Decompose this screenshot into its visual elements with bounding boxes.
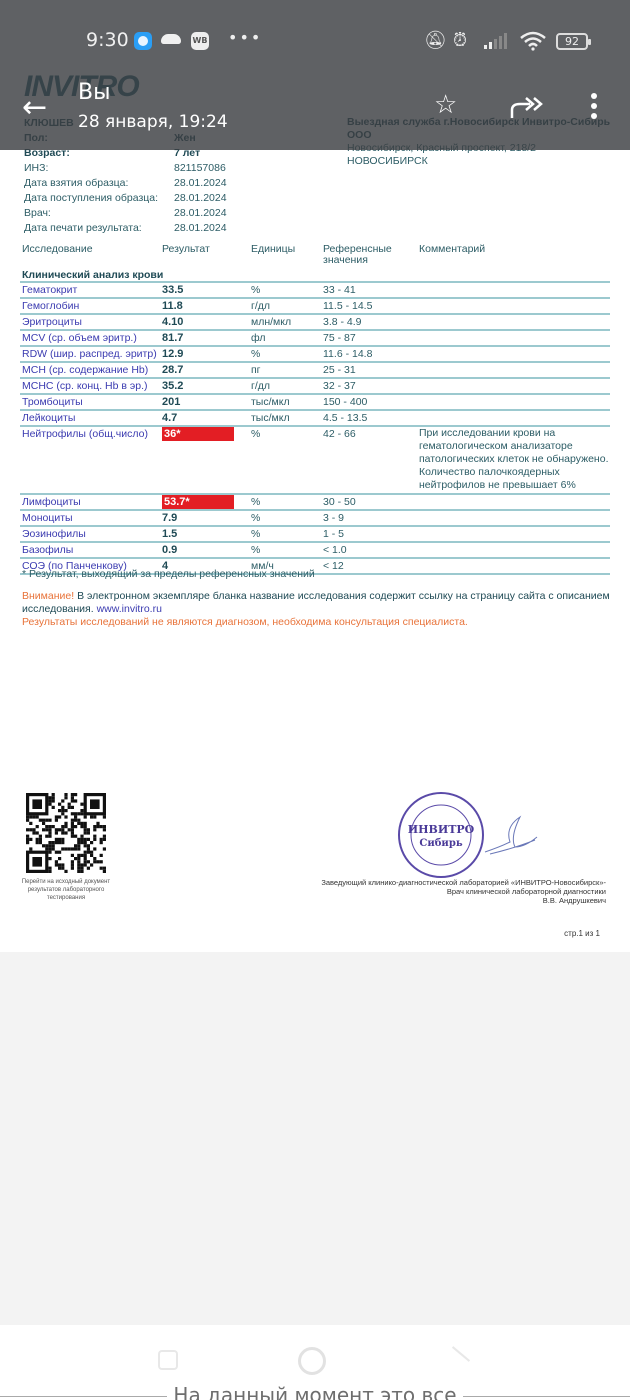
reference-cell: 150 - 400 <box>323 395 419 409</box>
end-of-messages: На данный момент это все <box>0 1383 630 1400</box>
qr-code[interactable] <box>26 793 106 873</box>
result-cell: 0.9 <box>162 543 251 557</box>
test-name-link[interactable]: MCH (ср. содержание Hb) <box>20 363 162 377</box>
sender-name: Вы <box>78 80 110 105</box>
home-button[interactable] <box>298 1347 326 1375</box>
wb-icon: WB <box>191 32 209 50</box>
test-name-link[interactable]: Лейкоциты <box>20 411 162 425</box>
app-notification-icon <box>134 32 152 50</box>
unit-cell: % <box>251 347 323 361</box>
footnote: * Результат, выходящий за пределы рефере… <box>22 568 315 580</box>
patient-field-row: Дата поступления образца:28.01.2024 <box>24 191 227 206</box>
table-row: MCH (ср. содержание Hb) 28.7 пг 25 - 31 <box>20 363 610 379</box>
unit-cell: млн/мкл <box>251 315 323 329</box>
header-test: Исследование <box>20 244 162 268</box>
header-units: Единицы <box>251 244 323 268</box>
patient-field-row: Дата печати результата:28.01.2024 <box>24 221 227 236</box>
table-row: Гематокрит 33.5 % 33 - 41 <box>20 283 610 299</box>
clock: 9:30 <box>86 29 129 51</box>
comment-cell <box>419 283 610 297</box>
recents-button[interactable] <box>158 1350 178 1370</box>
comment-cell <box>419 411 610 425</box>
test-name-link[interactable]: MCV (ср. объем эритр.) <box>20 331 162 345</box>
result-value: 28.7 <box>162 364 183 376</box>
svg-text:Сибирь: Сибирь <box>419 838 462 849</box>
table-row: Лейкоциты 4.7 тыс/мкл 4.5 - 13.5 <box>20 411 610 427</box>
result-cell: 33.5 <box>162 283 251 297</box>
patient-field-label: Дата печати результата: <box>24 221 174 236</box>
result-cell: 28.7 <box>162 363 251 377</box>
signature-icon <box>480 812 540 862</box>
table-row: Гемоглобин 11.8 г/дл 11.5 - 14.5 <box>20 299 610 315</box>
table-row: RDW (шир. распред. эритр) 12.9 % 11.6 - … <box>20 347 610 363</box>
unit-cell: тыс/мкл <box>251 411 323 425</box>
unit-cell: г/дл <box>251 379 323 393</box>
comment-cell <box>419 347 610 361</box>
signature-line-3: В.В. Андрушкевич <box>321 896 606 905</box>
test-name-link[interactable]: Гемоглобин <box>20 299 162 313</box>
result-value-flagged: 53.7* <box>162 495 234 509</box>
table-row: Моноциты 7.9 % 3 - 9 <box>20 511 610 527</box>
test-name-link[interactable]: RDW (шир. распред. эритр) <box>20 347 162 361</box>
test-name-link[interactable]: Тромбоциты <box>20 395 162 409</box>
patient-field-value: 28.01.2024 <box>174 176 227 191</box>
unit-cell: % <box>251 283 323 297</box>
reference-cell: 3 - 9 <box>323 511 419 525</box>
unit-cell: % <box>251 543 323 557</box>
notice-warning: Внимание! <box>22 590 74 602</box>
lab-stamp: ИНВИТРО Сибирь <box>396 790 486 880</box>
result-value: 1.5 <box>162 528 177 540</box>
reference-cell: 42 - 66 <box>323 427 419 493</box>
results-table: Исследование Результат Единицы Референсн… <box>20 244 610 575</box>
section-title: Клинический анализ крови <box>20 268 610 283</box>
invitro-link[interactable]: www.invitro.ru <box>97 603 162 615</box>
reference-cell: 30 - 50 <box>323 495 419 509</box>
table-header: Исследование Результат Единицы Референсн… <box>20 244 610 268</box>
unit-cell: % <box>251 427 323 493</box>
result-cell: 81.7 <box>162 331 251 345</box>
cloud-icon <box>161 34 181 44</box>
test-name-link[interactable]: Моноциты <box>20 511 162 525</box>
reference-cell: 4.5 - 13.5 <box>323 411 419 425</box>
bell-off-icon: 🔕︎ <box>424 30 447 51</box>
unit-cell: тыс/мкл <box>251 395 323 409</box>
patient-field-label: ИНЗ: <box>24 161 174 176</box>
result-value: 11.8 <box>162 300 183 312</box>
signature-line-2: Врач клинической лабораторной диагностик… <box>321 887 606 896</box>
header-reference: Референсные значения <box>323 244 419 268</box>
reference-cell: 1 - 5 <box>323 527 419 541</box>
battery-icon: 92 <box>556 33 588 50</box>
signature-block: Заведующий клинико-диагностической лабор… <box>321 878 606 905</box>
forward-icon[interactable] <box>508 94 544 120</box>
table-row: MCV (ср. объем эритр.) 81.7 фл 75 - 87 <box>20 331 610 347</box>
reference-cell: 75 - 87 <box>323 331 419 345</box>
test-name-link[interactable]: Базофилы <box>20 543 162 557</box>
unit-cell: пг <box>251 363 323 377</box>
comment-cell <box>419 331 610 345</box>
back-arrow-icon[interactable]: ← <box>22 90 47 125</box>
reference-cell: 11.5 - 14.5 <box>323 299 419 313</box>
result-cell: 53.7* <box>162 495 251 509</box>
table-row: Базофилы 0.9 % < 1.0 <box>20 543 610 559</box>
signature-line-1: Заведующий клинико-диагностической лабор… <box>321 878 606 887</box>
result-cell: 35.2 <box>162 379 251 393</box>
message-date: 28 января, 19:24 <box>78 112 228 132</box>
result-cell: 4.7 <box>162 411 251 425</box>
test-name-link[interactable]: Нейтрофилы (общ.число) <box>20 427 162 493</box>
header-result: Результат <box>162 244 251 268</box>
result-value: 12.9 <box>162 348 183 360</box>
reference-cell: < 1.0 <box>323 543 419 557</box>
comment-cell <box>419 543 610 557</box>
comment-cell <box>419 379 610 393</box>
page-number: стр.1 из 1 <box>564 929 600 938</box>
header-comment: Комментарий <box>419 244 610 268</box>
result-cell: 12.9 <box>162 347 251 361</box>
test-name-link[interactable]: Лимфоциты <box>20 495 162 509</box>
table-row: Нейтрофилы (общ.число) 36* % 42 - 66 При… <box>20 427 610 495</box>
reference-cell: 33 - 41 <box>323 283 419 297</box>
status-bar: 9:30 WB ••• 🔕︎ ⏰︎ 92 <box>0 28 630 56</box>
result-cell: 11.8 <box>162 299 251 313</box>
svg-text:ИНВИТРО: ИНВИТРО <box>408 823 475 836</box>
more-vert-icon[interactable] <box>586 92 602 120</box>
result-value: 81.7 <box>162 332 183 344</box>
patient-field-label: Врач: <box>24 206 174 221</box>
patient-field-value: 28.01.2024 <box>174 191 227 206</box>
comment-cell <box>419 511 610 525</box>
patient-field-row: Дата взятия образца:28.01.2024 <box>24 176 227 191</box>
app-bar: ← Вы 28 января, 19:24 ☆ <box>0 78 630 138</box>
reference-cell: 25 - 31 <box>323 363 419 377</box>
result-cell: 7.9 <box>162 511 251 525</box>
result-cell: 4.10 <box>162 315 251 329</box>
alarm-icon: ⏰︎ <box>453 30 467 51</box>
unit-cell: % <box>251 527 323 541</box>
patient-field-value: 28.01.2024 <box>174 221 227 236</box>
end-text: На данный момент это все <box>167 1383 462 1400</box>
result-value: 4.7 <box>162 412 177 424</box>
unit-cell: % <box>251 495 323 509</box>
table-row: Эритроциты 4.10 млн/мкл 3.8 - 4.9 <box>20 315 610 331</box>
patient-field-row: Врач:28.01.2024 <box>24 206 227 221</box>
reference-cell: 3.8 - 4.9 <box>323 315 419 329</box>
unit-cell: г/дл <box>251 299 323 313</box>
star-icon[interactable]: ☆ <box>434 90 457 120</box>
test-name-link[interactable]: Эозинофилы <box>20 527 162 541</box>
reference-cell: 32 - 37 <box>323 379 419 393</box>
lab-city: НОВОСИБИРСК <box>347 155 617 168</box>
back-button[interactable] <box>452 1346 470 1362</box>
notice: Внимание! В электронном экземпляре бланк… <box>22 590 612 629</box>
patient-field-value: 821157086 <box>174 161 226 176</box>
table-row: Эозинофилы 1.5 % 1 - 5 <box>20 527 610 543</box>
result-value: 7.9 <box>162 512 177 524</box>
table-row: Лимфоциты 53.7* % 30 - 50 <box>20 495 610 511</box>
result-value: 0.9 <box>162 544 177 556</box>
test-name-link[interactable]: MCHC (ср. конц. Hb в эр.) <box>20 379 162 393</box>
result-value-flagged: 36* <box>162 427 234 441</box>
unit-cell: фл <box>251 331 323 345</box>
patient-field-value: 28.01.2024 <box>174 206 227 221</box>
comment-cell <box>419 527 610 541</box>
result-value: 35.2 <box>162 380 183 392</box>
table-row: MCHC (ср. конц. Hb в эр.) 35.2 г/дл 32 -… <box>20 379 610 395</box>
test-name-link[interactable]: Эритроциты <box>20 315 162 329</box>
comment-cell: При исследовании крови на гематологическ… <box>419 427 610 493</box>
reference-cell: 11.6 - 14.8 <box>323 347 419 361</box>
more-notifications-icon: ••• <box>228 28 262 47</box>
disclaimer: Результаты исследований не являются диаг… <box>22 616 612 629</box>
signal-icon <box>484 33 512 49</box>
unit-cell: % <box>251 511 323 525</box>
reference-cell: < 12 <box>323 559 419 573</box>
wifi-icon <box>519 31 547 51</box>
patient-field-label: Дата взятия образца: <box>24 176 174 191</box>
result-value: 33.5 <box>162 284 183 296</box>
comment-cell <box>419 495 610 509</box>
result-cell: 1.5 <box>162 527 251 541</box>
comment-cell <box>419 315 610 329</box>
patient-field-row: ИНЗ:821157086 <box>24 161 227 176</box>
test-name-link[interactable]: Гематокрит <box>20 283 162 297</box>
result-value: 201 <box>162 396 180 408</box>
patient-field-label: Дата поступления образца: <box>24 191 174 206</box>
qr-caption: Перейти на исходный документ результатов… <box>18 878 114 902</box>
table-row: Тромбоциты 201 тыс/мкл 150 - 400 <box>20 395 610 411</box>
result-cell: 201 <box>162 395 251 409</box>
comment-cell <box>419 395 610 409</box>
comment-cell <box>419 299 610 313</box>
comment-cell <box>419 559 610 573</box>
result-cell: 36* <box>162 427 251 493</box>
comment-cell <box>419 363 610 377</box>
result-value: 4.10 <box>162 316 183 328</box>
